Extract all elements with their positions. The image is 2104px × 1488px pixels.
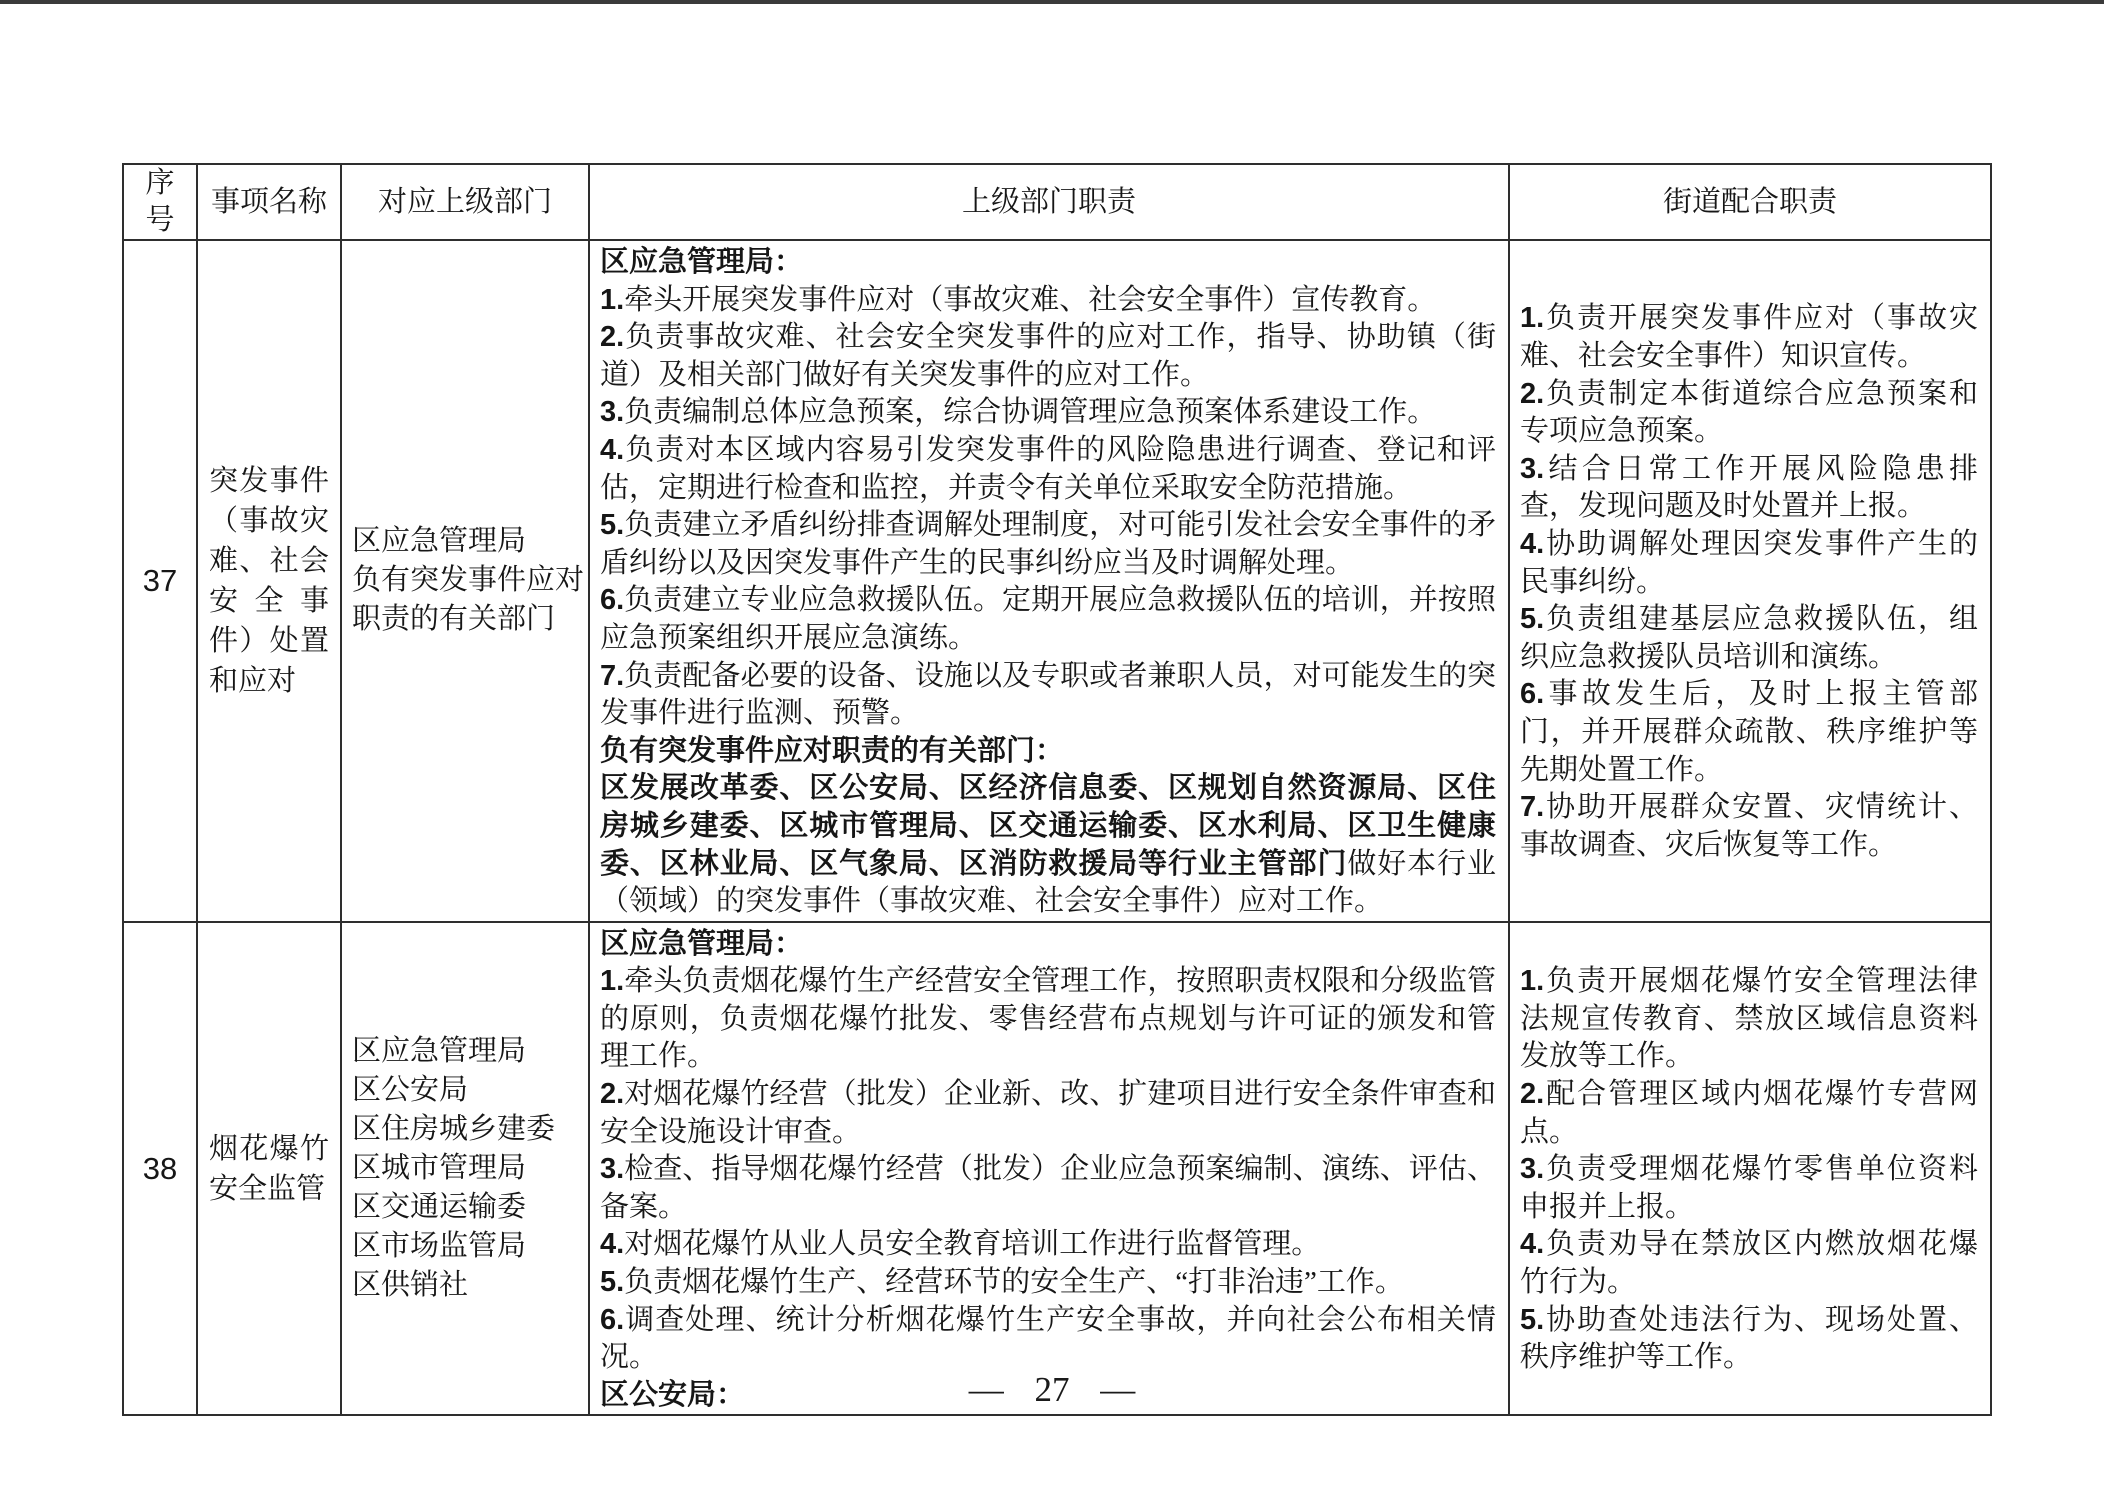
duty-text-bold: 1.	[1520, 965, 1544, 997]
duty-text-bold: 1.	[600, 965, 624, 997]
duty-text: 配合管理区域内烟花爆竹专营网点。	[1520, 1078, 1978, 1148]
duty-text-bold: 3.	[1520, 1153, 1544, 1185]
department-line: 负有突发事件应对职责的有关部门	[352, 561, 584, 639]
header-department: 对应上级部门	[341, 164, 589, 240]
duty-text: 负责建立专业应急救援队伍。定期开展应急救援队伍的培训，并按照应急预案组织开展应急…	[600, 584, 1496, 654]
document-page: 序号 事项名称 对应上级部门 上级部门职责 街道配合职责 37 突发事件（事故灾…	[0, 0, 2104, 1488]
duty-text-bold: 4.	[600, 434, 624, 466]
duty-text: 负责开展烟花爆竹安全管理法律法规宣传教育、禁放区域信息资料发放等工作。	[1520, 965, 1978, 1072]
duty-paragraph: 2.负责制定本街道综合应急预案和专项应急预案。	[1520, 376, 1978, 451]
duty-paragraphs: 1.负责开展烟花爆竹安全管理法律法规宣传教育、禁放区域信息资料发放等工作。2.配…	[1520, 963, 1978, 1377]
page-number: — 27 —	[0, 1370, 2104, 1410]
duty-text-bold: 2.	[600, 321, 624, 353]
duty-text-bold: 6.	[600, 1304, 624, 1336]
duty-text-bold: 2.	[1520, 378, 1544, 410]
duty-text-bold: 区应急管理局：	[600, 928, 803, 960]
header-item-name: 事项名称	[197, 164, 341, 240]
row-seq: 38	[123, 922, 197, 1416]
duty-paragraphs: 区应急管理局：1.牵头开展突发事件应对（事故灾难、社会安全事件）宣传教育。2.负…	[600, 244, 1496, 921]
department-line: 区交通运输委	[352, 1188, 584, 1227]
row-departments: 区应急管理局负有突发事件应对职责的有关部门	[341, 240, 589, 922]
row-departments: 区应急管理局区公安局区住房城乡建委区城市管理局区交通运输委区市场监管局区供销社	[341, 922, 589, 1416]
duty-paragraph: 5.协助查处违法行为、现场处置、秩序维护等工作。	[1520, 1302, 1978, 1377]
duty-text-bold: 3.	[600, 1153, 624, 1185]
duty-paragraph: 4.负责对本区域内容易引发突发事件的风险隐患进行调查、登记和评估，定期进行检查和…	[600, 432, 1496, 507]
duty-text-bold: 3.	[1520, 453, 1544, 485]
duty-text-bold: 2.	[1520, 1078, 1544, 1110]
duty-paragraph: 1.牵头开展突发事件应对（事故灾难、社会安全事件）宣传教育。	[600, 282, 1496, 320]
row-superior-duties: 区应急管理局：1.牵头负责烟花爆竹生产经营安全管理工作，按照职责权限和分级监管的…	[589, 922, 1509, 1416]
duty-text: 负责对本区域内容易引发突发事件的风险隐患进行调查、登记和评估，定期进行检查和监控…	[600, 434, 1496, 504]
duty-paragraph: 2.负责事故灾难、社会安全突发事件的应对工作，指导、协助镇（街道）及相关部门做好…	[600, 319, 1496, 394]
duty-paragraph: 4.协助调解处理因突发事件产生的民事纠纷。	[1520, 526, 1978, 601]
row-item-name: 烟花爆竹安全监管	[197, 922, 341, 1416]
duty-paragraph: 2.对烟花爆竹经营（批发）企业新、改、扩建项目进行安全条件审查和安全设施设计审查…	[600, 1076, 1496, 1151]
duty-paragraphs: 1.负责开展突发事件应对（事故灾难、社会安全事件）知识宣传。2.负责制定本街道综…	[1520, 300, 1978, 864]
row-item-name: 突发事件（事故灾难、社会安全事件）处置和应对	[197, 240, 341, 922]
duty-text: 协助开展群众安置、灾情统计、事故调查、灾后恢复等工作。	[1520, 791, 1978, 861]
duty-text-bold: 1.	[1520, 302, 1544, 334]
duty-text: 调查处理、统计分析烟花爆竹生产安全事故，并向社会公布相关情况。	[600, 1304, 1496, 1374]
page-top-edge-line	[0, 0, 2104, 4]
duty-text-bold: 5.	[1520, 603, 1544, 635]
duty-text: 牵头开展突发事件应对（事故灾难、社会安全事件）宣传教育。	[624, 284, 1436, 316]
duty-paragraphs: 区应急管理局：1.牵头负责烟花爆竹生产经营安全管理工作，按照职责权限和分级监管的…	[600, 926, 1496, 1415]
duty-paragraph: 1.负责开展烟花爆竹安全管理法律法规宣传教育、禁放区域信息资料发放等工作。	[1520, 963, 1978, 1076]
duty-text-bold: 4.	[1520, 1228, 1544, 1260]
department-line: 区市场监管局	[352, 1227, 584, 1266]
duty-paragraph: 区应急管理局：	[600, 244, 1496, 282]
duty-paragraph: 3.负责编制总体应急预案，综合协调管理应急预案体系建设工作。	[600, 394, 1496, 432]
duty-text: 牵头负责烟花爆竹生产经营安全管理工作，按照职责权限和分级监管的原则，负责烟花爆竹…	[600, 965, 1496, 1072]
duty-text: 结合日常工作开展风险隐患排查，发现问题及时处置并上报。	[1520, 453, 1978, 523]
header-street-duties: 街道配合职责	[1509, 164, 1991, 240]
duty-text: 对烟花爆竹从业人员安全教育培训工作进行监督管理。	[624, 1228, 1320, 1260]
row-street-duties: 1.负责开展突发事件应对（事故灾难、社会安全事件）知识宣传。2.负责制定本街道综…	[1509, 240, 1991, 922]
department-line: 区公安局	[352, 1071, 584, 1110]
duty-text: 事故发生后，及时上报主管部门，并开展群众疏散、秩序维护等先期处置工作。	[1520, 678, 1978, 785]
duty-text-bold: 5.	[600, 1266, 624, 1298]
duty-text-bold: 负有突发事件应对职责的有关部门：	[600, 735, 1064, 767]
department-lines: 区应急管理局区公安局区住房城乡建委区城市管理局区交通运输委区市场监管局区供销社	[352, 1032, 584, 1305]
duty-text-bold: 7.	[600, 660, 624, 692]
department-line: 区应急管理局	[352, 522, 584, 561]
duty-paragraph: 5.负责建立矛盾纠纷排查调解处理制度，对可能引发社会安全事件的矛盾纠纷以及因突发…	[600, 507, 1496, 582]
duty-text-bold: 1.	[600, 284, 624, 316]
department-line: 区供销社	[352, 1266, 584, 1305]
duty-text-bold: 4.	[1520, 528, 1544, 560]
duty-text: 协助查处违法行为、现场处置、秩序维护等工作。	[1520, 1304, 1978, 1374]
department-line: 区应急管理局	[352, 1032, 584, 1071]
table-row: 37 突发事件（事故灾难、社会安全事件）处置和应对 区应急管理局负有突发事件应对…	[123, 240, 1991, 922]
table-header-row: 序号 事项名称 对应上级部门 上级部门职责 街道配合职责	[123, 164, 1991, 240]
duty-text: 协助调解处理因突发事件产生的民事纠纷。	[1520, 528, 1978, 598]
duty-paragraph: 4.负责劝导在禁放区内燃放烟花爆竹行为。	[1520, 1226, 1978, 1301]
duty-paragraph: 6.调查处理、统计分析烟花爆竹生产安全事故，并向社会公布相关情况。	[600, 1302, 1496, 1377]
row-seq: 37	[123, 240, 197, 922]
duty-paragraph: 7.负责配备必要的设备、设施以及专职或者兼职人员，对可能发生的突发事件进行监测、…	[600, 658, 1496, 733]
duty-text-bold: 2.	[600, 1078, 624, 1110]
duty-paragraph: 5.负责烟花爆竹生产、经营环节的安全生产、“打非治违”工作。	[600, 1264, 1496, 1302]
header-seq: 序号	[123, 164, 197, 240]
duty-text-bold: 5.	[1520, 1304, 1544, 1336]
duty-paragraph: 1.牵头负责烟花爆竹生产经营安全管理工作，按照职责权限和分级监管的原则，负责烟花…	[600, 963, 1496, 1076]
duty-text: 负责建立矛盾纠纷排查调解处理制度，对可能引发社会安全事件的矛盾纠纷以及因突发事件…	[600, 509, 1496, 579]
duty-paragraph: 负有突发事件应对职责的有关部门：	[600, 733, 1496, 771]
duty-text-bold: 6.	[1520, 678, 1544, 710]
duty-paragraph: 6.负责建立专业应急救援队伍。定期开展应急救援队伍的培训，并按照应急预案组织开展…	[600, 582, 1496, 657]
duty-text: 对烟花爆竹经营（批发）企业新、改、扩建项目进行安全条件审查和安全设施设计审查。	[600, 1078, 1496, 1148]
duty-paragraph: 6.事故发生后，及时上报主管部门，并开展群众疏散、秩序维护等先期处置工作。	[1520, 676, 1978, 789]
duty-paragraph: 7.协助开展群众安置、灾情统计、事故调查、灾后恢复等工作。	[1520, 789, 1978, 864]
duty-text: 负责配备必要的设备、设施以及专职或者兼职人员，对可能发生的突发事件进行监测、预警…	[600, 660, 1496, 730]
duty-paragraph: 3.结合日常工作开展风险隐患排查，发现问题及时处置并上报。	[1520, 451, 1978, 526]
department-line: 区住房城乡建委	[352, 1110, 584, 1149]
duty-paragraph: 2.配合管理区域内烟花爆竹专营网点。	[1520, 1076, 1978, 1151]
department-lines: 区应急管理局负有突发事件应对职责的有关部门	[352, 522, 584, 639]
duty-paragraph: 区发展改革委、区公安局、区经济信息委、区规划自然资源局、区住房城乡建委、区城市管…	[600, 770, 1496, 920]
row-street-duties: 1.负责开展烟花爆竹安全管理法律法规宣传教育、禁放区域信息资料发放等工作。2.配…	[1509, 922, 1991, 1416]
duty-text-bold: 7.	[1520, 791, 1544, 823]
duty-text: 负责劝导在禁放区内燃放烟花爆竹行为。	[1520, 1228, 1978, 1298]
duty-text: 负责开展突发事件应对（事故灾难、社会安全事件）知识宣传。	[1520, 302, 1978, 372]
duty-text: 负责事故灾难、社会安全突发事件的应对工作，指导、协助镇（街道）及相关部门做好有关…	[600, 321, 1496, 391]
duty-paragraph: 4.对烟花爆竹从业人员安全教育培训工作进行监督管理。	[600, 1226, 1496, 1264]
duty-text: 负责烟花爆竹生产、经营环节的安全生产、“打非治违”工作。	[624, 1266, 1404, 1298]
duty-paragraph: 1.负责开展突发事件应对（事故灾难、社会安全事件）知识宣传。	[1520, 300, 1978, 375]
duty-paragraph: 3.负责受理烟花爆竹零售单位资料申报并上报。	[1520, 1151, 1978, 1226]
duty-text-bold: 5.	[600, 509, 624, 541]
duty-paragraph: 区应急管理局：	[600, 926, 1496, 964]
department-line: 区城市管理局	[352, 1149, 584, 1188]
duty-text: 负责编制总体应急预案，综合协调管理应急预案体系建设工作。	[624, 396, 1436, 428]
table-row: 38 烟花爆竹安全监管 区应急管理局区公安局区住房城乡建委区城市管理局区交通运输…	[123, 922, 1991, 1416]
header-superior-duties: 上级部门职责	[589, 164, 1509, 240]
responsibility-table: 序号 事项名称 对应上级部门 上级部门职责 街道配合职责 37 突发事件（事故灾…	[122, 163, 1992, 1416]
duty-text-bold: 区应急管理局：	[600, 246, 803, 278]
duty-text-bold: 6.	[600, 584, 624, 616]
duty-text: 负责组建基层应急救援队伍，组织应急救援队员培训和演练。	[1520, 603, 1978, 673]
duty-text: 负责受理烟花爆竹零售单位资料申报并上报。	[1520, 1153, 1978, 1223]
duty-paragraph: 5.负责组建基层应急救援队伍，组织应急救援队员培训和演练。	[1520, 601, 1978, 676]
duty-text-bold: 3.	[600, 396, 624, 428]
duty-text: 负责制定本街道综合应急预案和专项应急预案。	[1520, 378, 1978, 448]
duty-text-bold: 4.	[600, 1228, 624, 1260]
duty-paragraph: 3.检查、指导烟花爆竹经营（批发）企业应急预案编制、演练、评估、备案。	[600, 1151, 1496, 1226]
duty-text: 检查、指导烟花爆竹经营（批发）企业应急预案编制、演练、评估、备案。	[600, 1153, 1496, 1223]
row-superior-duties: 区应急管理局：1.牵头开展突发事件应对（事故灾难、社会安全事件）宣传教育。2.负…	[589, 240, 1509, 922]
